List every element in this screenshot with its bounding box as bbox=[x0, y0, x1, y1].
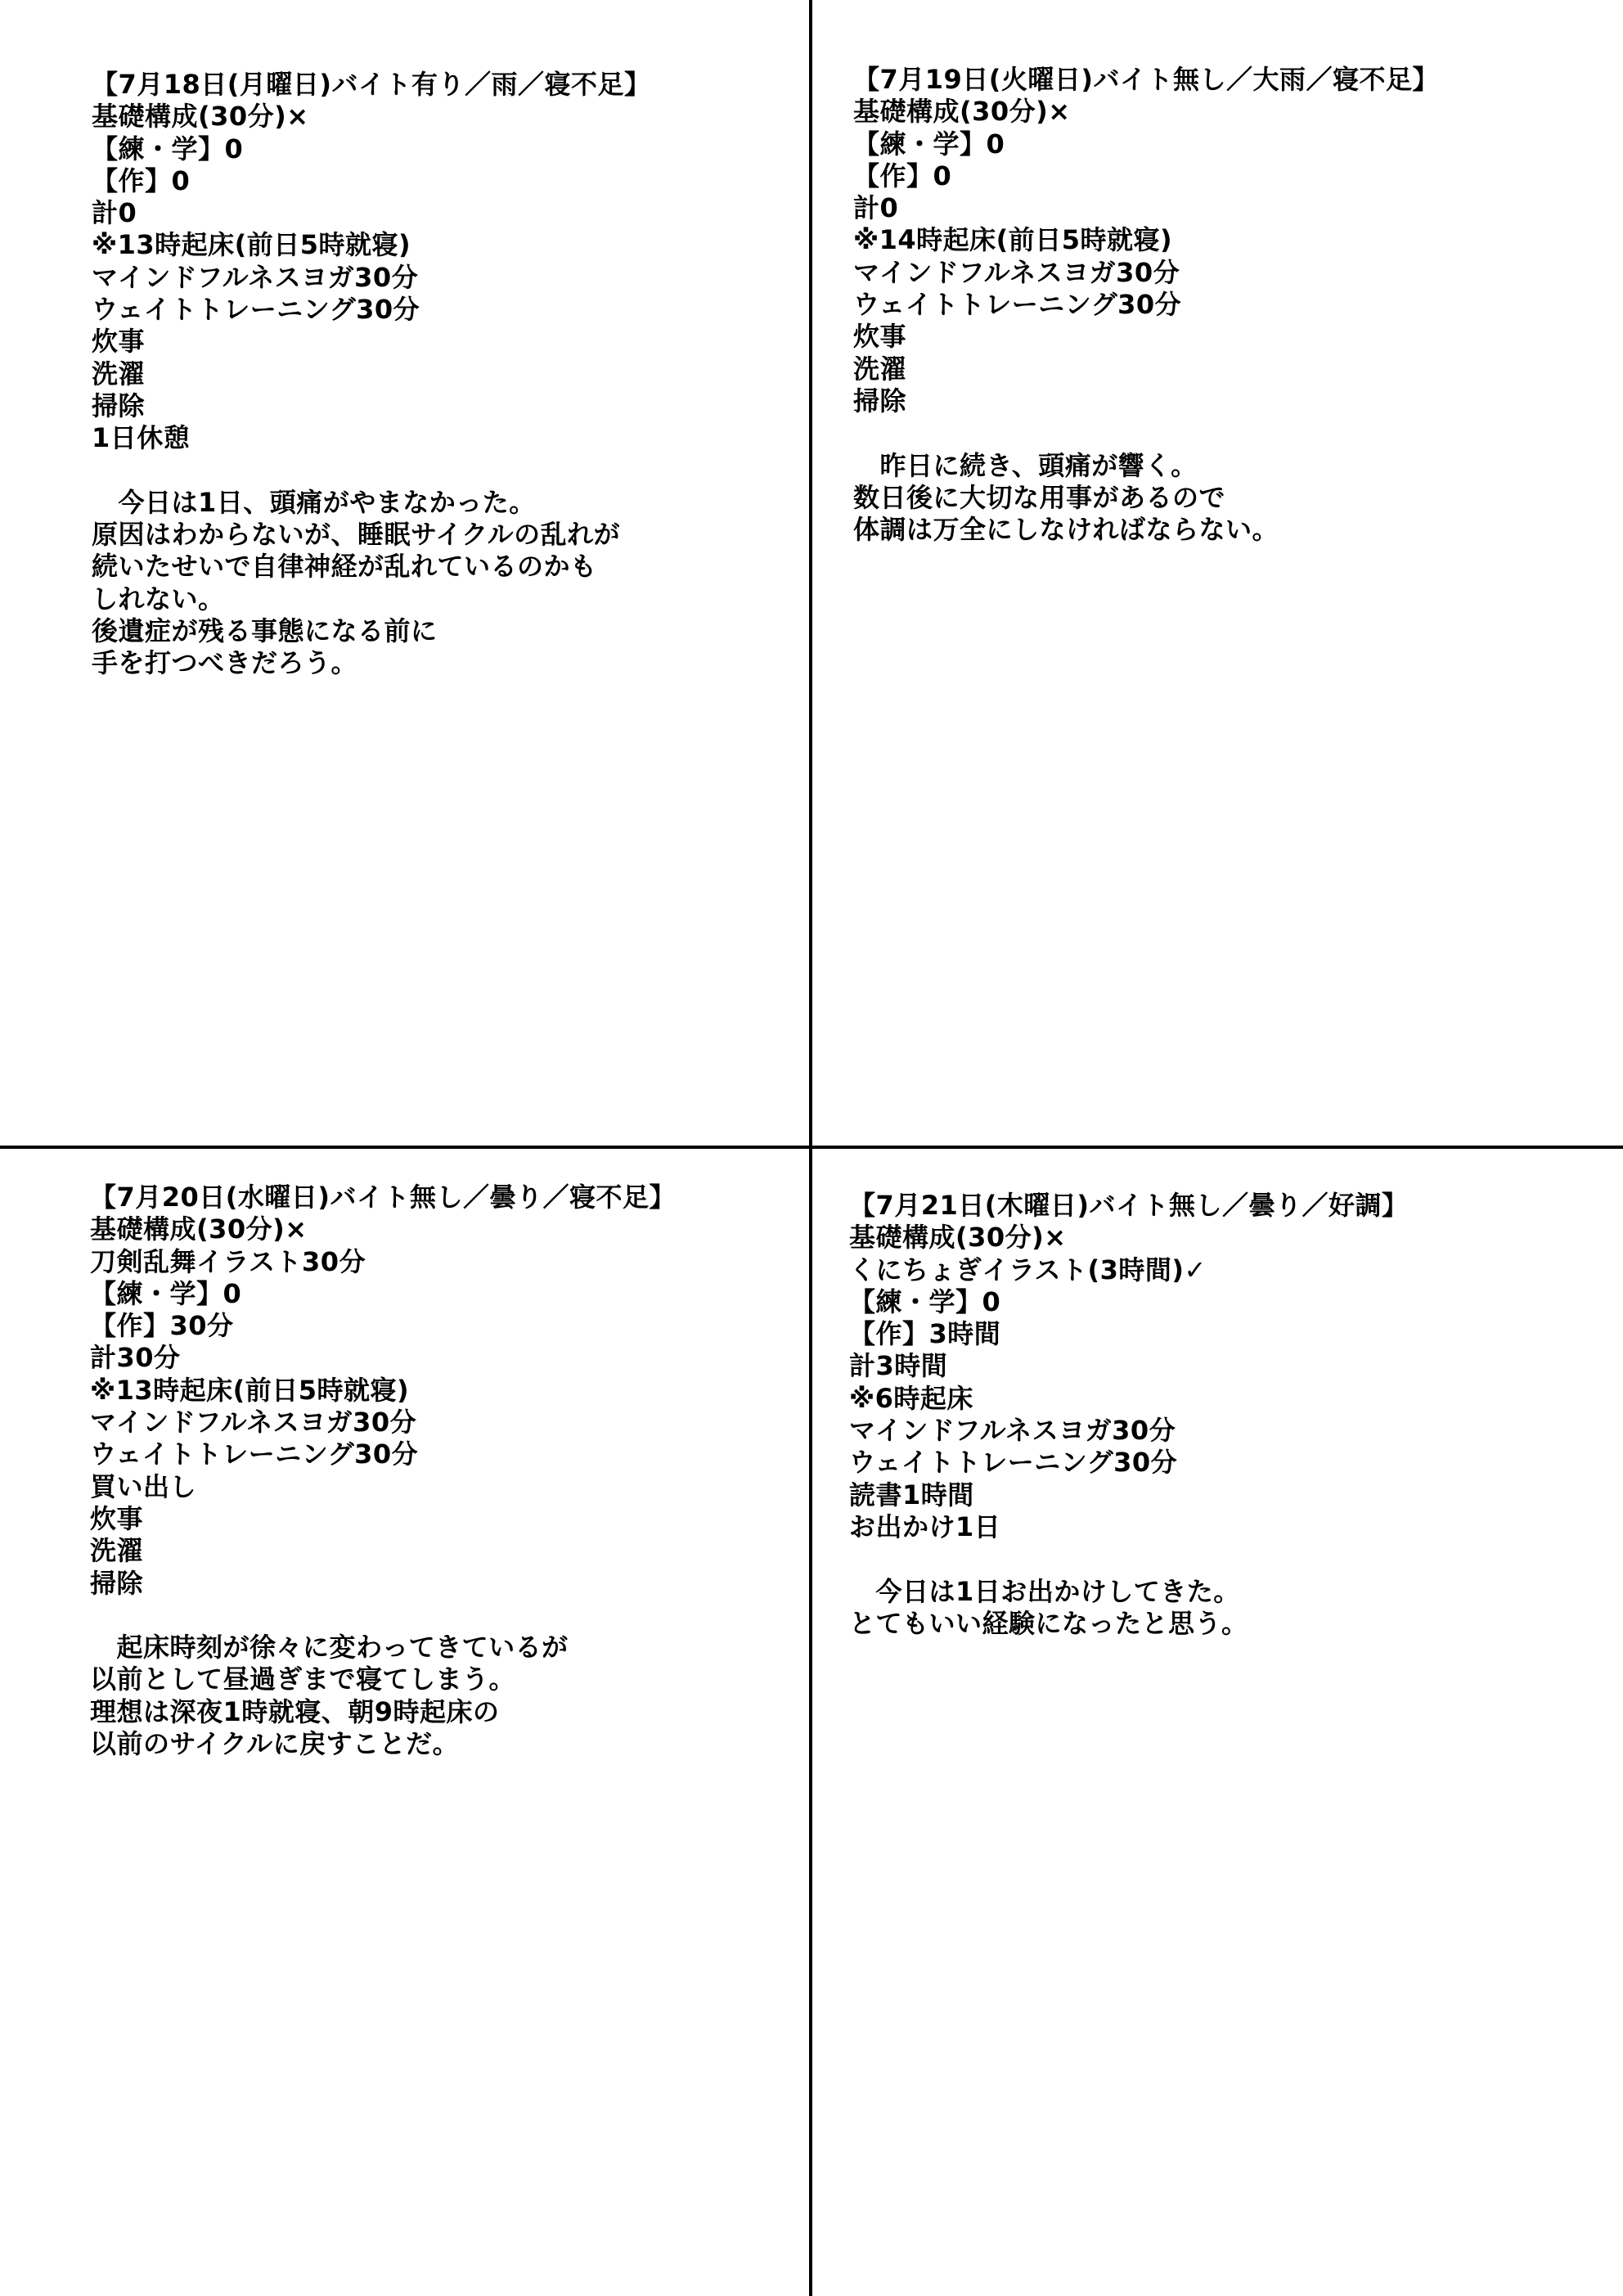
log-item: 掃除 bbox=[92, 390, 795, 422]
log-item: ウェイトトレーニング30分 bbox=[92, 294, 795, 326]
log-item: 【練・学】0 bbox=[90, 1278, 794, 1310]
log-item: お出かけ1日 bbox=[849, 1511, 1553, 1543]
diary-entry-jul-19: 【7月19日(火曜日)バイト無し／大雨／寝不足】 基礎構成(30分)× 【練・学… bbox=[853, 64, 1557, 546]
log-item: 【練・学】0 bbox=[849, 1286, 1553, 1318]
log-item: 洗濯 bbox=[92, 358, 795, 390]
blank-line bbox=[92, 455, 795, 487]
log-item: マインドフルネスヨガ30分 bbox=[853, 257, 1557, 289]
log-item: 掃除 bbox=[90, 1568, 794, 1600]
diary-line: 原因はわからないが、睡眠サイクルの乱れが bbox=[92, 519, 795, 551]
diary-line: 今日は1日お出かけしてきた。 bbox=[849, 1576, 1553, 1608]
log-item: ※14時起床(前日5時就寝) bbox=[853, 224, 1557, 256]
diary-line: 理想は深夜1時就寝、朝9時起床の bbox=[90, 1696, 794, 1728]
log-item: ※13時起床(前日5時就寝) bbox=[90, 1375, 794, 1407]
diary-line: 今日は1日、頭痛がやまなかった。 bbox=[92, 487, 795, 519]
log-item: 基礎構成(30分)× bbox=[90, 1213, 794, 1245]
log-item: 刀剣乱舞イラスト30分 bbox=[90, 1246, 794, 1278]
entry-header: 【7月19日(火曜日)バイト無し／大雨／寝不足】 bbox=[853, 64, 1557, 96]
log-item: 計30分 bbox=[90, 1342, 794, 1374]
log-item: 洗濯 bbox=[853, 353, 1557, 385]
log-item: マインドフルネスヨガ30分 bbox=[90, 1407, 794, 1438]
diary-line: 後遺症が残る事態になる前に bbox=[92, 615, 795, 647]
log-item: ウェイトトレーニング30分 bbox=[853, 289, 1557, 321]
log-item: くにちょぎイラスト(3時間)✓ bbox=[849, 1254, 1553, 1286]
log-item: 【作】0 bbox=[853, 160, 1557, 192]
blank-line bbox=[849, 1543, 1553, 1575]
log-item: 炊事 bbox=[853, 321, 1557, 353]
log-item: 1日休憩 bbox=[92, 422, 795, 454]
blank-line bbox=[853, 417, 1557, 449]
log-item: 【練・学】0 bbox=[853, 128, 1557, 160]
diary-line: とてもいい経験になったと思う。 bbox=[849, 1608, 1553, 1640]
log-item: 基礎構成(30分)× bbox=[92, 101, 795, 133]
diary-line: 体調は万全にしなければならない。 bbox=[853, 514, 1557, 546]
log-item: 基礎構成(30分)× bbox=[853, 96, 1557, 128]
log-item: 【作】30分 bbox=[90, 1310, 794, 1342]
diary-entry-jul-21: 【7月21日(木曜日)バイト無し／曇り／好調】 基礎構成(30分)× くにちょぎ… bbox=[849, 1190, 1553, 1640]
log-item: ※6時起床 bbox=[849, 1383, 1553, 1415]
diary-line: 手を打つべきだろう。 bbox=[92, 647, 795, 679]
log-item: 基礎構成(30分)× bbox=[849, 1222, 1553, 1254]
horizontal-divider bbox=[0, 1146, 1623, 1149]
diary-line: 以前として昼過ぎまで寝てしまう。 bbox=[90, 1663, 794, 1695]
log-item: ウェイトトレーニング30分 bbox=[90, 1438, 794, 1470]
log-item: 計0 bbox=[92, 197, 795, 229]
log-item: 読書1時間 bbox=[849, 1479, 1553, 1511]
diary-entry-jul-18: 【7月18日(月曜日)バイト有り／雨／寝不足】 基礎構成(30分)× 【練・学】… bbox=[92, 69, 795, 680]
log-item: 買い出し bbox=[90, 1471, 794, 1503]
log-item: マインドフルネスヨガ30分 bbox=[92, 262, 795, 294]
log-item: 【作】3時間 bbox=[849, 1318, 1553, 1350]
entry-header: 【7月18日(月曜日)バイト有り／雨／寝不足】 bbox=[92, 69, 795, 101]
entry-header: 【7月20日(水曜日)バイト無し／曇り／寝不足】 bbox=[90, 1182, 794, 1213]
diary-line: 起床時刻が徐々に変わってきているが bbox=[90, 1632, 794, 1663]
log-item: マインドフルネスヨガ30分 bbox=[849, 1415, 1553, 1447]
log-item: 掃除 bbox=[853, 385, 1557, 417]
diary-line: 以前のサイクルに戻すことだ。 bbox=[90, 1728, 794, 1760]
log-item: 計3時間 bbox=[849, 1350, 1553, 1382]
log-item: 【練・学】0 bbox=[92, 133, 795, 165]
diary-entry-jul-20: 【7月20日(水曜日)バイト無し／曇り／寝不足】 基礎構成(30分)× 刀剣乱舞… bbox=[90, 1182, 794, 1760]
log-item: 炊事 bbox=[92, 326, 795, 358]
diary-line: しれない。 bbox=[92, 583, 795, 615]
entry-header: 【7月21日(木曜日)バイト無し／曇り／好調】 bbox=[849, 1190, 1553, 1222]
log-item: ※13時起床(前日5時就寝) bbox=[92, 229, 795, 261]
blank-line bbox=[90, 1600, 794, 1632]
diary-line: 続いたせいで自律神経が乱れているのかも bbox=[92, 551, 795, 583]
log-item: 計0 bbox=[853, 192, 1557, 224]
diary-line: 数日後に大切な用事があるので bbox=[853, 482, 1557, 514]
log-item: 洗濯 bbox=[90, 1535, 794, 1567]
log-item: ウェイトトレーニング30分 bbox=[849, 1447, 1553, 1479]
diary-line: 昨日に続き、頭痛が響く。 bbox=[853, 450, 1557, 482]
log-item: 【作】0 bbox=[92, 165, 795, 197]
log-item: 炊事 bbox=[90, 1503, 794, 1535]
